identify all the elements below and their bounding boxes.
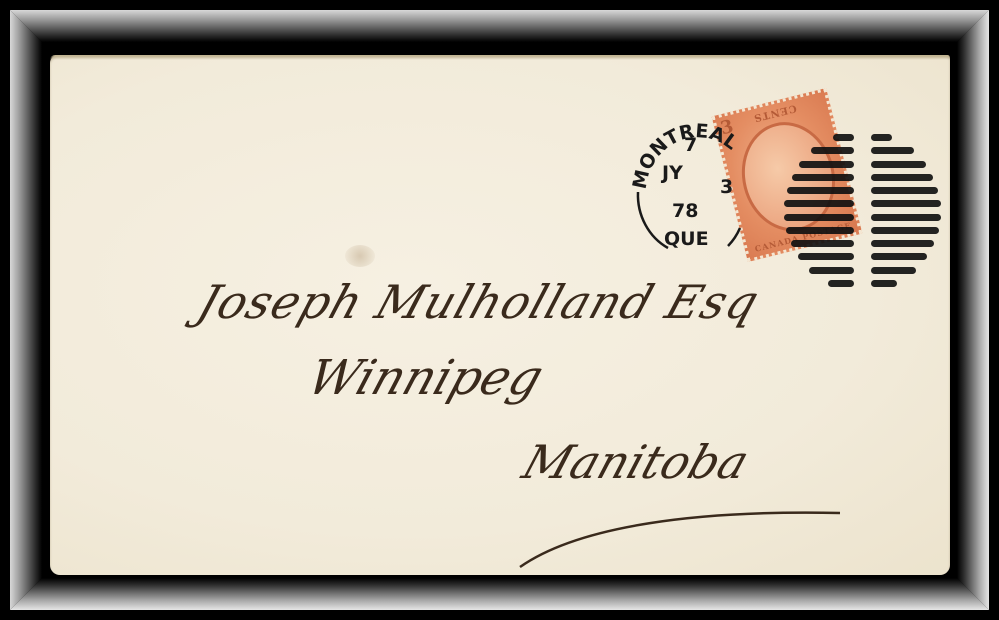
postmark-day: 7 <box>684 134 697 156</box>
frame-bevel-top <box>10 10 989 42</box>
cancel-bar <box>811 147 854 154</box>
cancel-bar <box>786 227 854 234</box>
cancel-bar <box>871 161 926 168</box>
frame-bevel-right <box>957 10 989 610</box>
address-city: Winnipeg <box>301 350 550 406</box>
signature-flourish <box>500 495 860 570</box>
cancel-bar <box>792 174 855 181</box>
postmark-month: JY <box>662 162 683 184</box>
cancel-bar <box>871 227 939 234</box>
cancel-bar <box>871 214 941 221</box>
postmark-date-extra: 3 <box>720 176 733 198</box>
postmark-province: QUE <box>664 228 709 250</box>
address-name: Joseph Mulholland Esq <box>191 275 766 329</box>
cancel-bar <box>799 161 854 168</box>
postmark-year: 78 <box>672 200 698 222</box>
cancel-bar <box>787 187 855 194</box>
cancel-bar <box>828 280 854 287</box>
postmark: MONTREAL 7 JY 3 78 QUE <box>628 120 758 260</box>
cancel-bar <box>809 267 854 274</box>
cancel-bar <box>871 240 935 247</box>
frame-bevel-bottom <box>10 578 989 610</box>
cancel-bar <box>871 187 939 194</box>
envelope-top-edge <box>50 55 950 60</box>
cancel-bar <box>871 200 941 207</box>
cancel-bar <box>871 267 916 274</box>
cancel-bar <box>871 147 914 154</box>
cancel-bar <box>871 134 893 141</box>
cancel-bar <box>784 214 854 221</box>
barred-cancellation <box>780 128 945 288</box>
cancel-bar <box>871 174 934 181</box>
cancel-bar <box>871 253 928 260</box>
ink-stain <box>345 245 375 267</box>
cancel-bar <box>871 280 897 287</box>
address-province: Manitoba <box>516 435 755 489</box>
cancel-bar <box>784 200 854 207</box>
cancel-bar <box>798 253 855 260</box>
cancel-bar <box>833 134 855 141</box>
frame-bevel-left <box>10 10 42 610</box>
cancel-bar <box>791 240 855 247</box>
